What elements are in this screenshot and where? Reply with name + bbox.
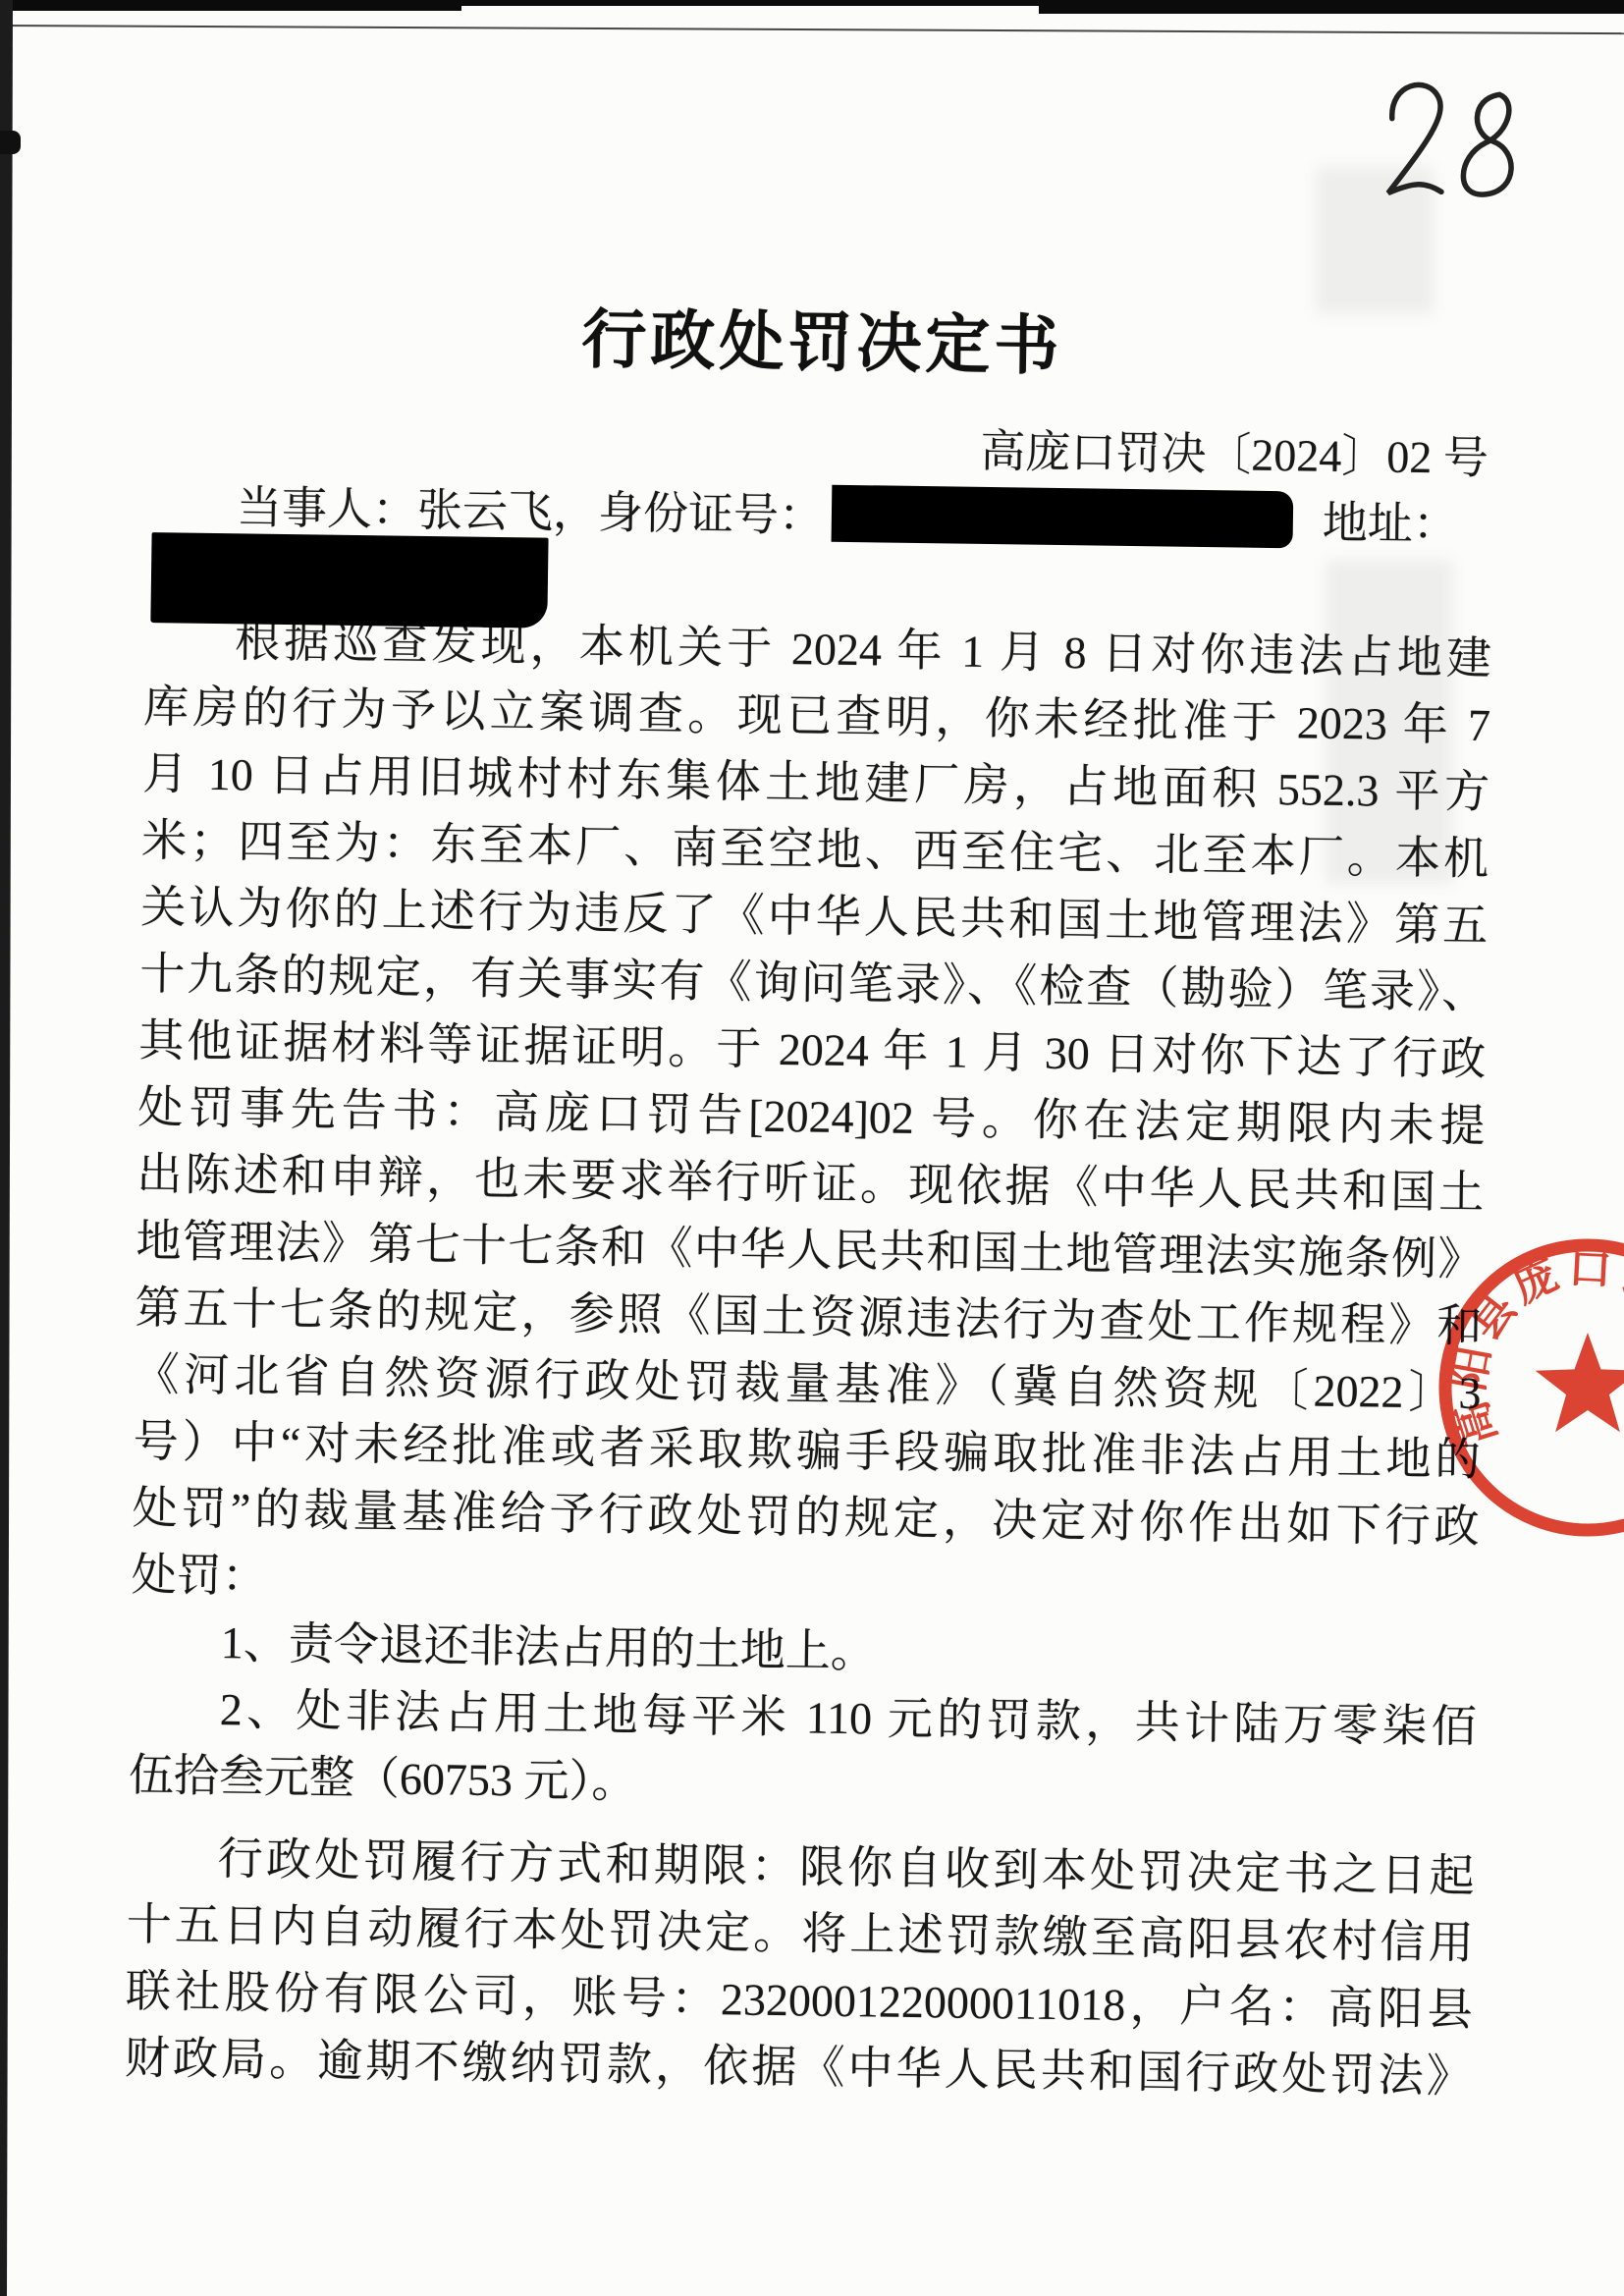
paragraph-facts: 根据巡查发现，本机关于 2024 年 1 月 8 日对你违法占地建 库房的行为予… [131,607,1491,1627]
official-seal: 高阳县庞口镇 [1411,1211,1624,1564]
handwritten-page-number: 28 [1357,66,1552,243]
party-line-prefix: 当事人：张云飞，身份证号： [237,482,825,540]
scan-artifact-top-bar-left [0,0,461,11]
scan-artifact-left-strip [0,0,16,2296]
redaction-id-number [832,485,1294,549]
penalty-item-2: 2、处非法占用土地每平米 110 元的罚款，共计陆万零柒佰 伍拾叁元整（6075… [128,1675,1477,1828]
redaction-address [150,532,548,629]
digit-8-stroke [1462,93,1515,196]
document-title: 行政处罚决定书 [148,295,1496,390]
seal-arc-text: 高阳县庞口镇 [1444,1244,1624,1451]
scanned-document-page: 28 行政处罚决定书 高庞口罚决〔2024〕02 号 当事人：张云飞，身份证号：… [0,0,1624,2296]
party-line-suffix: 地址： [1323,498,1459,550]
scan-artifact-left-notch [0,131,21,154]
star-icon [1536,1333,1624,1432]
scan-artifact-skew-line [0,25,1624,34]
scan-artifact-top-bar-right [1039,0,1624,14]
document-body: 行政处罚决定书 高庞口罚决〔2024〕02 号 当事人：张云飞，身份证号：地址：… [124,295,1495,2110]
digit-2-stroke [1388,83,1447,195]
paragraph-payment-terms: 行政处罚履行方式和期限：限你自收到本处罚决定书之日起 十五日内自动履行本处罚决定… [124,1825,1475,2110]
